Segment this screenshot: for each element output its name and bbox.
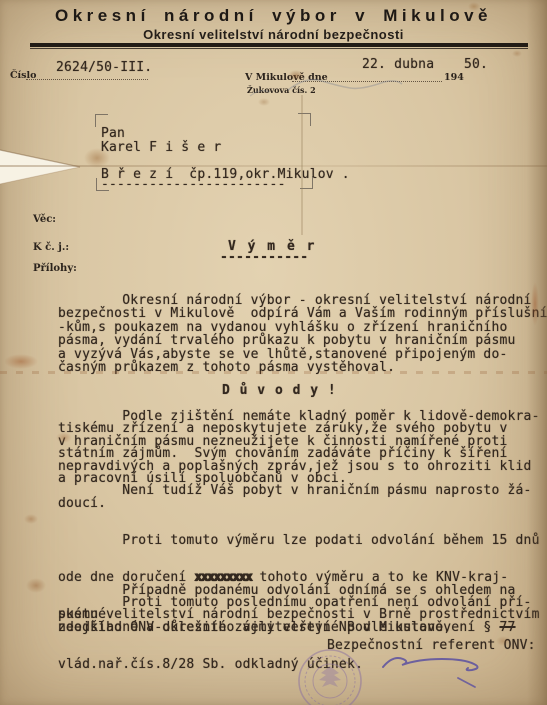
- suspension-line-with-strike: neodkladné a důležité zájmy veřejné podl…: [58, 622, 516, 634]
- struck-paragraph-number: 77: [499, 620, 515, 635]
- horizontal-crease: [0, 371, 547, 374]
- paragraph-reasons: Podle zjištění nemáte kladný poměr k lid…: [58, 411, 540, 510]
- appeal-line: Proti tomuto výměru lze podati odvolání …: [58, 535, 540, 547]
- recipient-name: Karel F i š e r: [101, 140, 221, 155]
- signature-label: Bezpečnostní referent ONV:: [327, 638, 536, 653]
- fox-stain: [26, 578, 46, 593]
- subject-label: Věc:: [33, 214, 56, 225]
- ref-label: K č. j.:: [33, 242, 69, 253]
- address-corner-mark: [298, 113, 311, 126]
- page-edge-shadow: [527, 0, 547, 705]
- letter-page: Okresní národní výbor v Mikulově Okresní…: [0, 0, 547, 705]
- number-dotted-line: [26, 78, 148, 80]
- letterhead-subtitle: Okresní velitelství národní bezpečnosti: [0, 27, 547, 42]
- suspension-line: vlád.nař.čís.8/28 Sb. odkladný účinek.: [58, 659, 516, 671]
- fox-stain: [24, 514, 38, 524]
- vertical-crease: [301, 95, 303, 235]
- horizontal-crease: [0, 165, 547, 167]
- date-dotted-line: [292, 80, 442, 82]
- paragraph-final: Proti tomuto poslednímu opatření není od…: [58, 597, 532, 622]
- paragraph-decree: Okresní národní výbor - okresní velitels…: [58, 294, 547, 374]
- letterhead-rule-echo: [30, 48, 528, 49]
- year-typed: 50.: [464, 57, 488, 72]
- document-heading-underline: -----------: [220, 250, 308, 265]
- fox-stain: [4, 354, 38, 369]
- fox-stain: [258, 98, 270, 106]
- year-printed: 194: [444, 72, 464, 83]
- date-typed: 22. dubna: [362, 57, 434, 72]
- paragraph-suspension: Případně podanému odvolání odnímá se s o…: [58, 560, 516, 696]
- recipient-salutation: Pan: [101, 126, 125, 141]
- letterhead-rule: [30, 43, 528, 47]
- number-value: 2624/50-III.: [56, 60, 152, 75]
- recipient-underline: -----------------------: [101, 177, 286, 192]
- enclosures-label: Přílohy:: [33, 263, 77, 274]
- reasons-heading: D ů v o d y !: [222, 383, 337, 398]
- fox-stain: [512, 50, 522, 57]
- letterhead-title: Okresní národní výbor v Mikulově: [0, 6, 547, 26]
- street-line: Žukovova čís. 2: [247, 85, 316, 95]
